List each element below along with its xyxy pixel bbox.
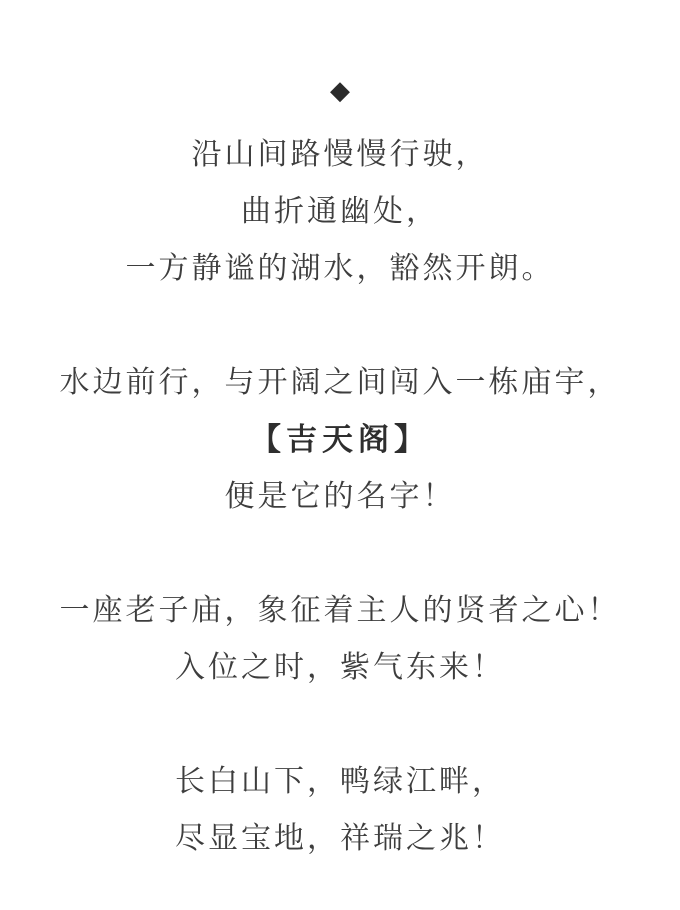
article-page: ◆ 沿山间路慢慢行驶， 曲折通幽处， 一方静谧的湖水，豁然开朗。 水边前行，与开… [0,0,680,910]
poem-line: 曲折通幽处， [0,183,680,240]
poem-line: 水边前行，与开阔之间闯入一栋庙宇， [0,354,680,411]
poem-line: 一座老子庙，象征着主人的贤者之心！ [0,582,680,639]
stanza-temple-intro: 水边前行，与开阔之间闯入一栋庙宇， 【吉天阁】 便是它的名字！ [0,354,680,525]
temple-name-line: 【吉天阁】 [0,411,680,468]
stanza-location: 长白山下，鸭绿江畔， 尽显宝地，祥瑞之兆！ [0,753,680,867]
poem-line: 尽显宝地，祥瑞之兆！ [0,810,680,867]
poem-line: 沿山间路慢慢行驶， [0,126,680,183]
stanza-lake-scene: 沿山间路慢慢行驶， 曲折通幽处， 一方静谧的湖水，豁然开朗。 [0,126,680,297]
poem-line: 入位之时，紫气东来！ [0,639,680,696]
stanza-laozi-temple: 一座老子庙，象征着主人的贤者之心！ 入位之时，紫气东来！ [0,582,680,696]
poem-line: 便是它的名字！ [0,468,680,525]
poem-line: 长白山下，鸭绿江畔， [0,753,680,810]
poem-line: 一方静谧的湖水，豁然开朗。 [0,240,680,297]
diamond-icon: ◆ [0,76,680,106]
